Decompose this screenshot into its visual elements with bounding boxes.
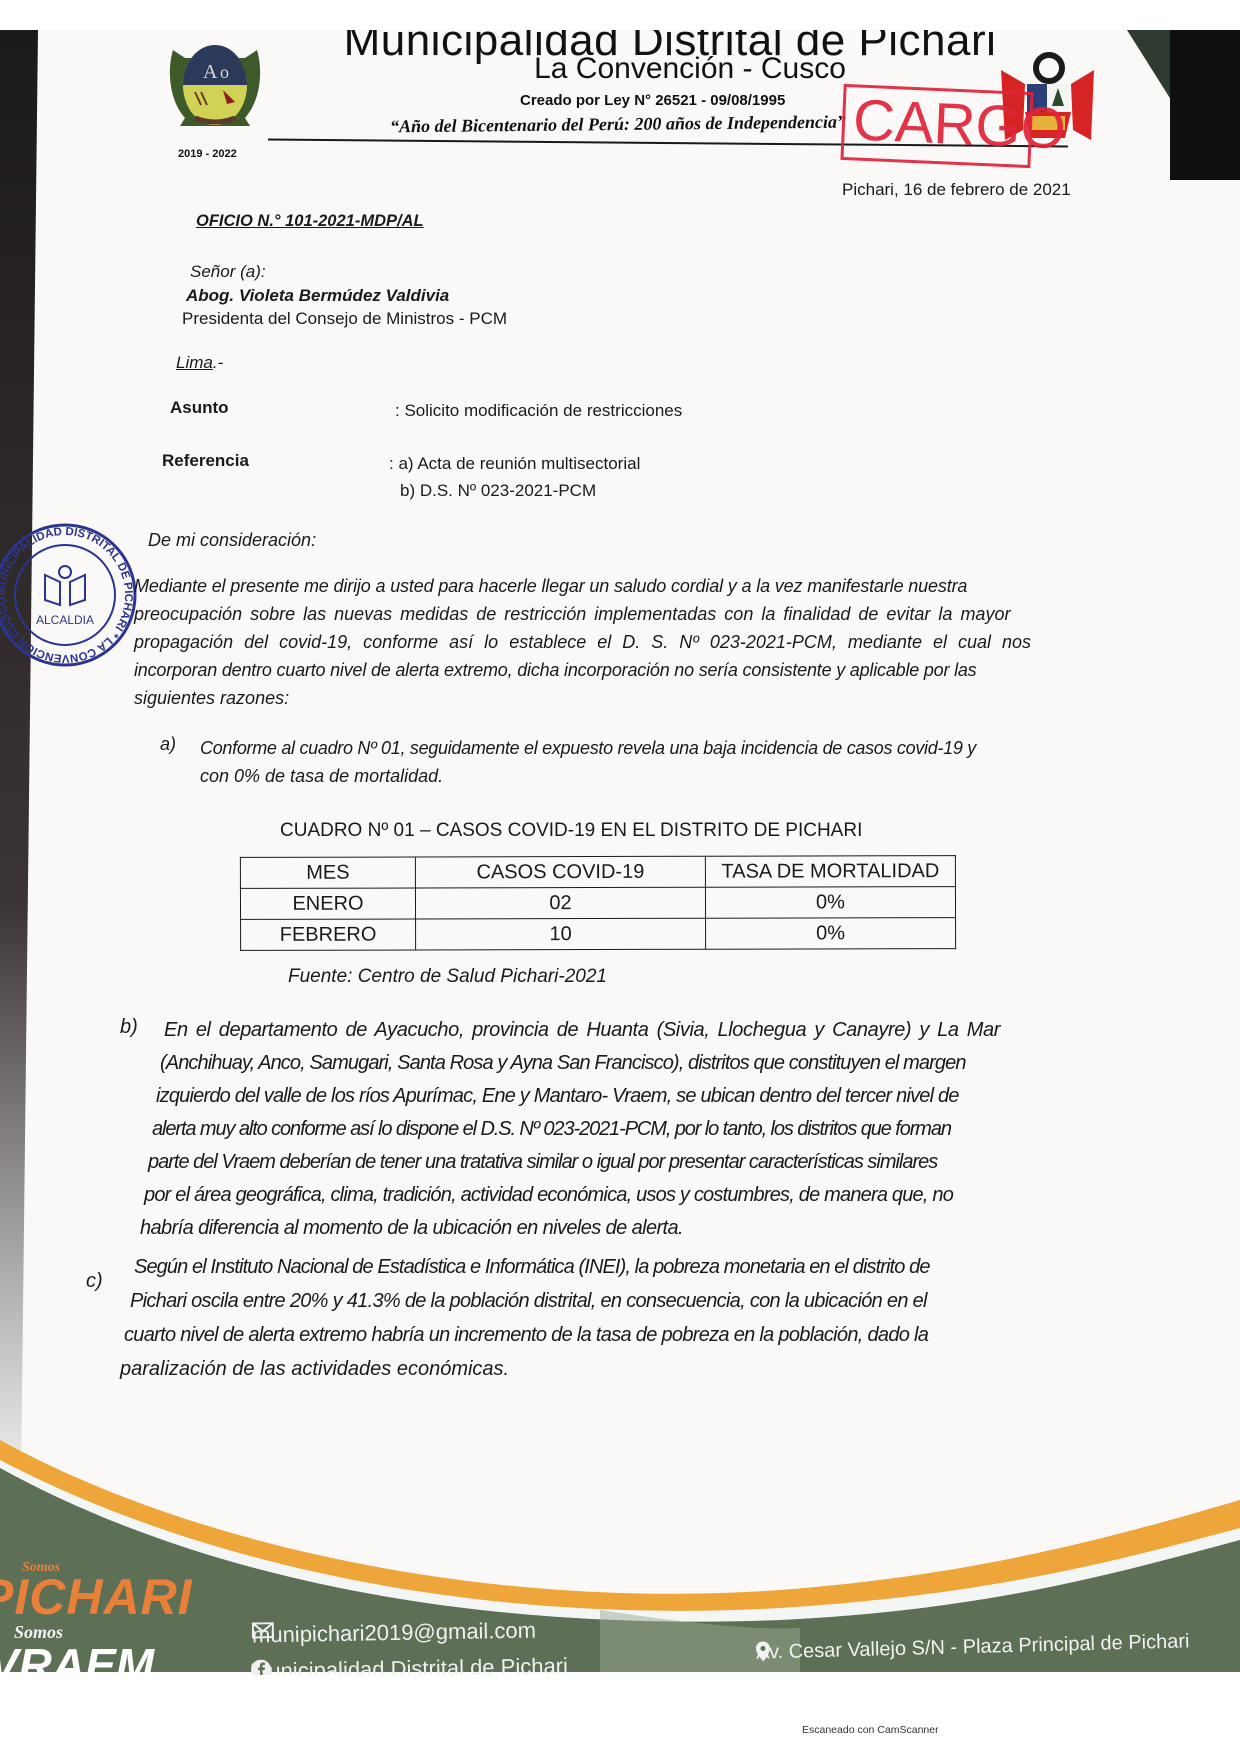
table-cell: 0% [706, 918, 956, 950]
document-reference-number: OFICIO N.° 101-2021-MDP/AL [196, 212, 424, 231]
salutation-title: Señor (a): [190, 262, 266, 282]
slogan-vraem: VRAEM [0, 1638, 154, 1675]
greeting: De mi consideración: [148, 530, 316, 551]
place-and-date: Pichari, 16 de febrero de 2021 [842, 180, 1071, 200]
item-a-line: Conforme al cuadro Nº 01, seguidamente e… [200, 734, 1100, 762]
municipal-seal-icon: MUNICIPALIDAD DISTRITAL DE PICHARI * LA … [0, 520, 140, 670]
location-pin-icon [756, 1641, 771, 1661]
item-a-letter: a) [160, 734, 176, 755]
table-source: Fuente: Centro de Salud Pichari-2021 [288, 966, 607, 988]
item-b-line: (Anchihuay, Anco, Samugari, Santa Rosa y… [140, 1047, 1120, 1080]
year-motto: “Año del Bicentenario del Perú: 200 años… [390, 112, 846, 138]
table-cell: FEBRERO [241, 919, 416, 950]
city-suffix: .- [213, 353, 223, 372]
svg-text:MUNICIPALIDAD DISTRITAL DE PIC: MUNICIPALIDAD DISTRITAL DE PICHARI * LA … [0, 526, 134, 664]
intro-line: Mediante el presente me dirijo a usted p… [134, 572, 1089, 600]
item-c-line: Según el Instituto Nacional de Estadísti… [120, 1250, 1120, 1284]
item-c-line: cuarto nivel de alerta extremo habría un… [120, 1318, 1120, 1352]
municipal-coat-of-arms-icon: A o [165, 30, 265, 140]
seal-center-text: ALCALDIA [36, 613, 94, 627]
email-address[interactable]: munipichari2019@gmail.com [252, 1618, 536, 1648]
table-row: ENERO 02 0% [240, 887, 955, 920]
item-b-line: izquierdo del valle de los ríos Apurímac… [140, 1080, 1120, 1113]
scan-shadow-right [1170, 30, 1240, 180]
table-header-row: MES CASOS COVID-19 TASA DE MORTALIDAD [240, 856, 955, 889]
intro-line: siguientes razones: [134, 684, 1089, 712]
addressee-name: Abog. Violeta Bermúdez Valdivia [186, 286, 449, 306]
logo-years: 2019 - 2022 [178, 148, 237, 160]
subject-label: Asunto [170, 398, 229, 418]
reference-item-a: : a) Acta de reunión multisectorial [389, 454, 640, 474]
svg-text:o: o [220, 62, 229, 82]
item-b-letter: b) [120, 1016, 138, 1039]
intro-line: incorporan dentro cuarto nivel de alerta… [134, 656, 1089, 684]
item-a-paragraph: Conforme al cuadro Nº 01, seguidamente e… [200, 734, 1100, 790]
table-cell: 0% [705, 887, 955, 919]
item-a-line: con 0% de tasa de mortalidad. [200, 762, 1100, 790]
item-b-line: habría diferencia al momento de la ubica… [140, 1212, 1120, 1245]
item-c-line: Pichari oscila entre 20% y 41.3% de la p… [120, 1284, 1120, 1318]
item-b-paragraph: En el departamento de Ayacucho, provinci… [140, 1014, 1120, 1245]
intro-line: preocupación sobre las nuevas medidas de… [134, 600, 1089, 628]
table-cell: ENERO [240, 888, 415, 919]
item-c-paragraph: Según el Instituto Nacional de Estadísti… [120, 1250, 1120, 1386]
facebook-icon [250, 1658, 272, 1675]
creation-law: Creado por Ley N° 26521 - 09/08/1995 [520, 92, 785, 109]
table-header-cell: MES [240, 857, 415, 888]
letterhead-footer: Somos PICHARI Somos VRAEM munipichari201… [0, 1410, 1240, 1675]
scanned-letter-page: A o 2019 - 2022 Municipalidad Distrital … [0, 30, 1240, 1675]
intro-paragraph: Mediante el presente me dirijo a usted p… [134, 572, 1089, 712]
cargo-stamp: CARGO [840, 84, 1033, 168]
item-b-line: alerta muy alto conforme así lo dispone … [140, 1113, 1120, 1146]
table-caption: CUADRO Nº 01 – CASOS COVID-19 EN EL DIST… [280, 820, 862, 842]
addressee-position: Presidenta del Consejo de Ministros - PC… [182, 309, 507, 329]
table-cell: 02 [415, 887, 705, 919]
institution-location: La Convención - Cusco [480, 52, 900, 86]
scanner-watermark: Escaneado con CamScanner [802, 1724, 939, 1736]
covid-cases-table: MES CASOS COVID-19 TASA DE MORTALIDAD EN… [240, 855, 956, 951]
reference-label: Referencia [162, 451, 249, 471]
item-b-line: parte del Vraem deberían de tener una tr… [140, 1146, 1120, 1179]
item-b-line: por el área geográfica, clima, tradición… [140, 1179, 1120, 1212]
table-row: FEBRERO 10 0% [241, 918, 956, 951]
city-name: Lima [176, 353, 213, 372]
intro-line: propagación del covid-19, conforme así l… [134, 628, 1089, 656]
destination-city: Lima.- [176, 353, 223, 373]
footer-email: munipichari2019@gmail.com [252, 1618, 536, 1649]
slogan-pichari: PICHARI [0, 1568, 193, 1626]
table-header-cell: TASA DE MORTALIDAD [705, 856, 955, 888]
item-b-line: En el departamento de Ayacucho, provinci… [140, 1014, 1120, 1047]
scan-shadow-left [0, 30, 38, 1490]
table-cell: 10 [416, 918, 706, 950]
item-c-letter: c) [86, 1270, 103, 1293]
mail-icon [252, 1622, 274, 1638]
subject-value: : Solicito modificación de restricciones [395, 401, 682, 421]
svg-text:A: A [203, 61, 218, 83]
item-c-line: paralización de las actividades económic… [120, 1352, 1120, 1386]
reference-item-b: b) D.S. Nº 023-2021-PCM [400, 481, 596, 501]
seal-outer-text: MUNICIPALIDAD DISTRITAL DE PICHARI * LA … [0, 526, 134, 664]
table-header-cell: CASOS COVID-19 [415, 856, 705, 888]
